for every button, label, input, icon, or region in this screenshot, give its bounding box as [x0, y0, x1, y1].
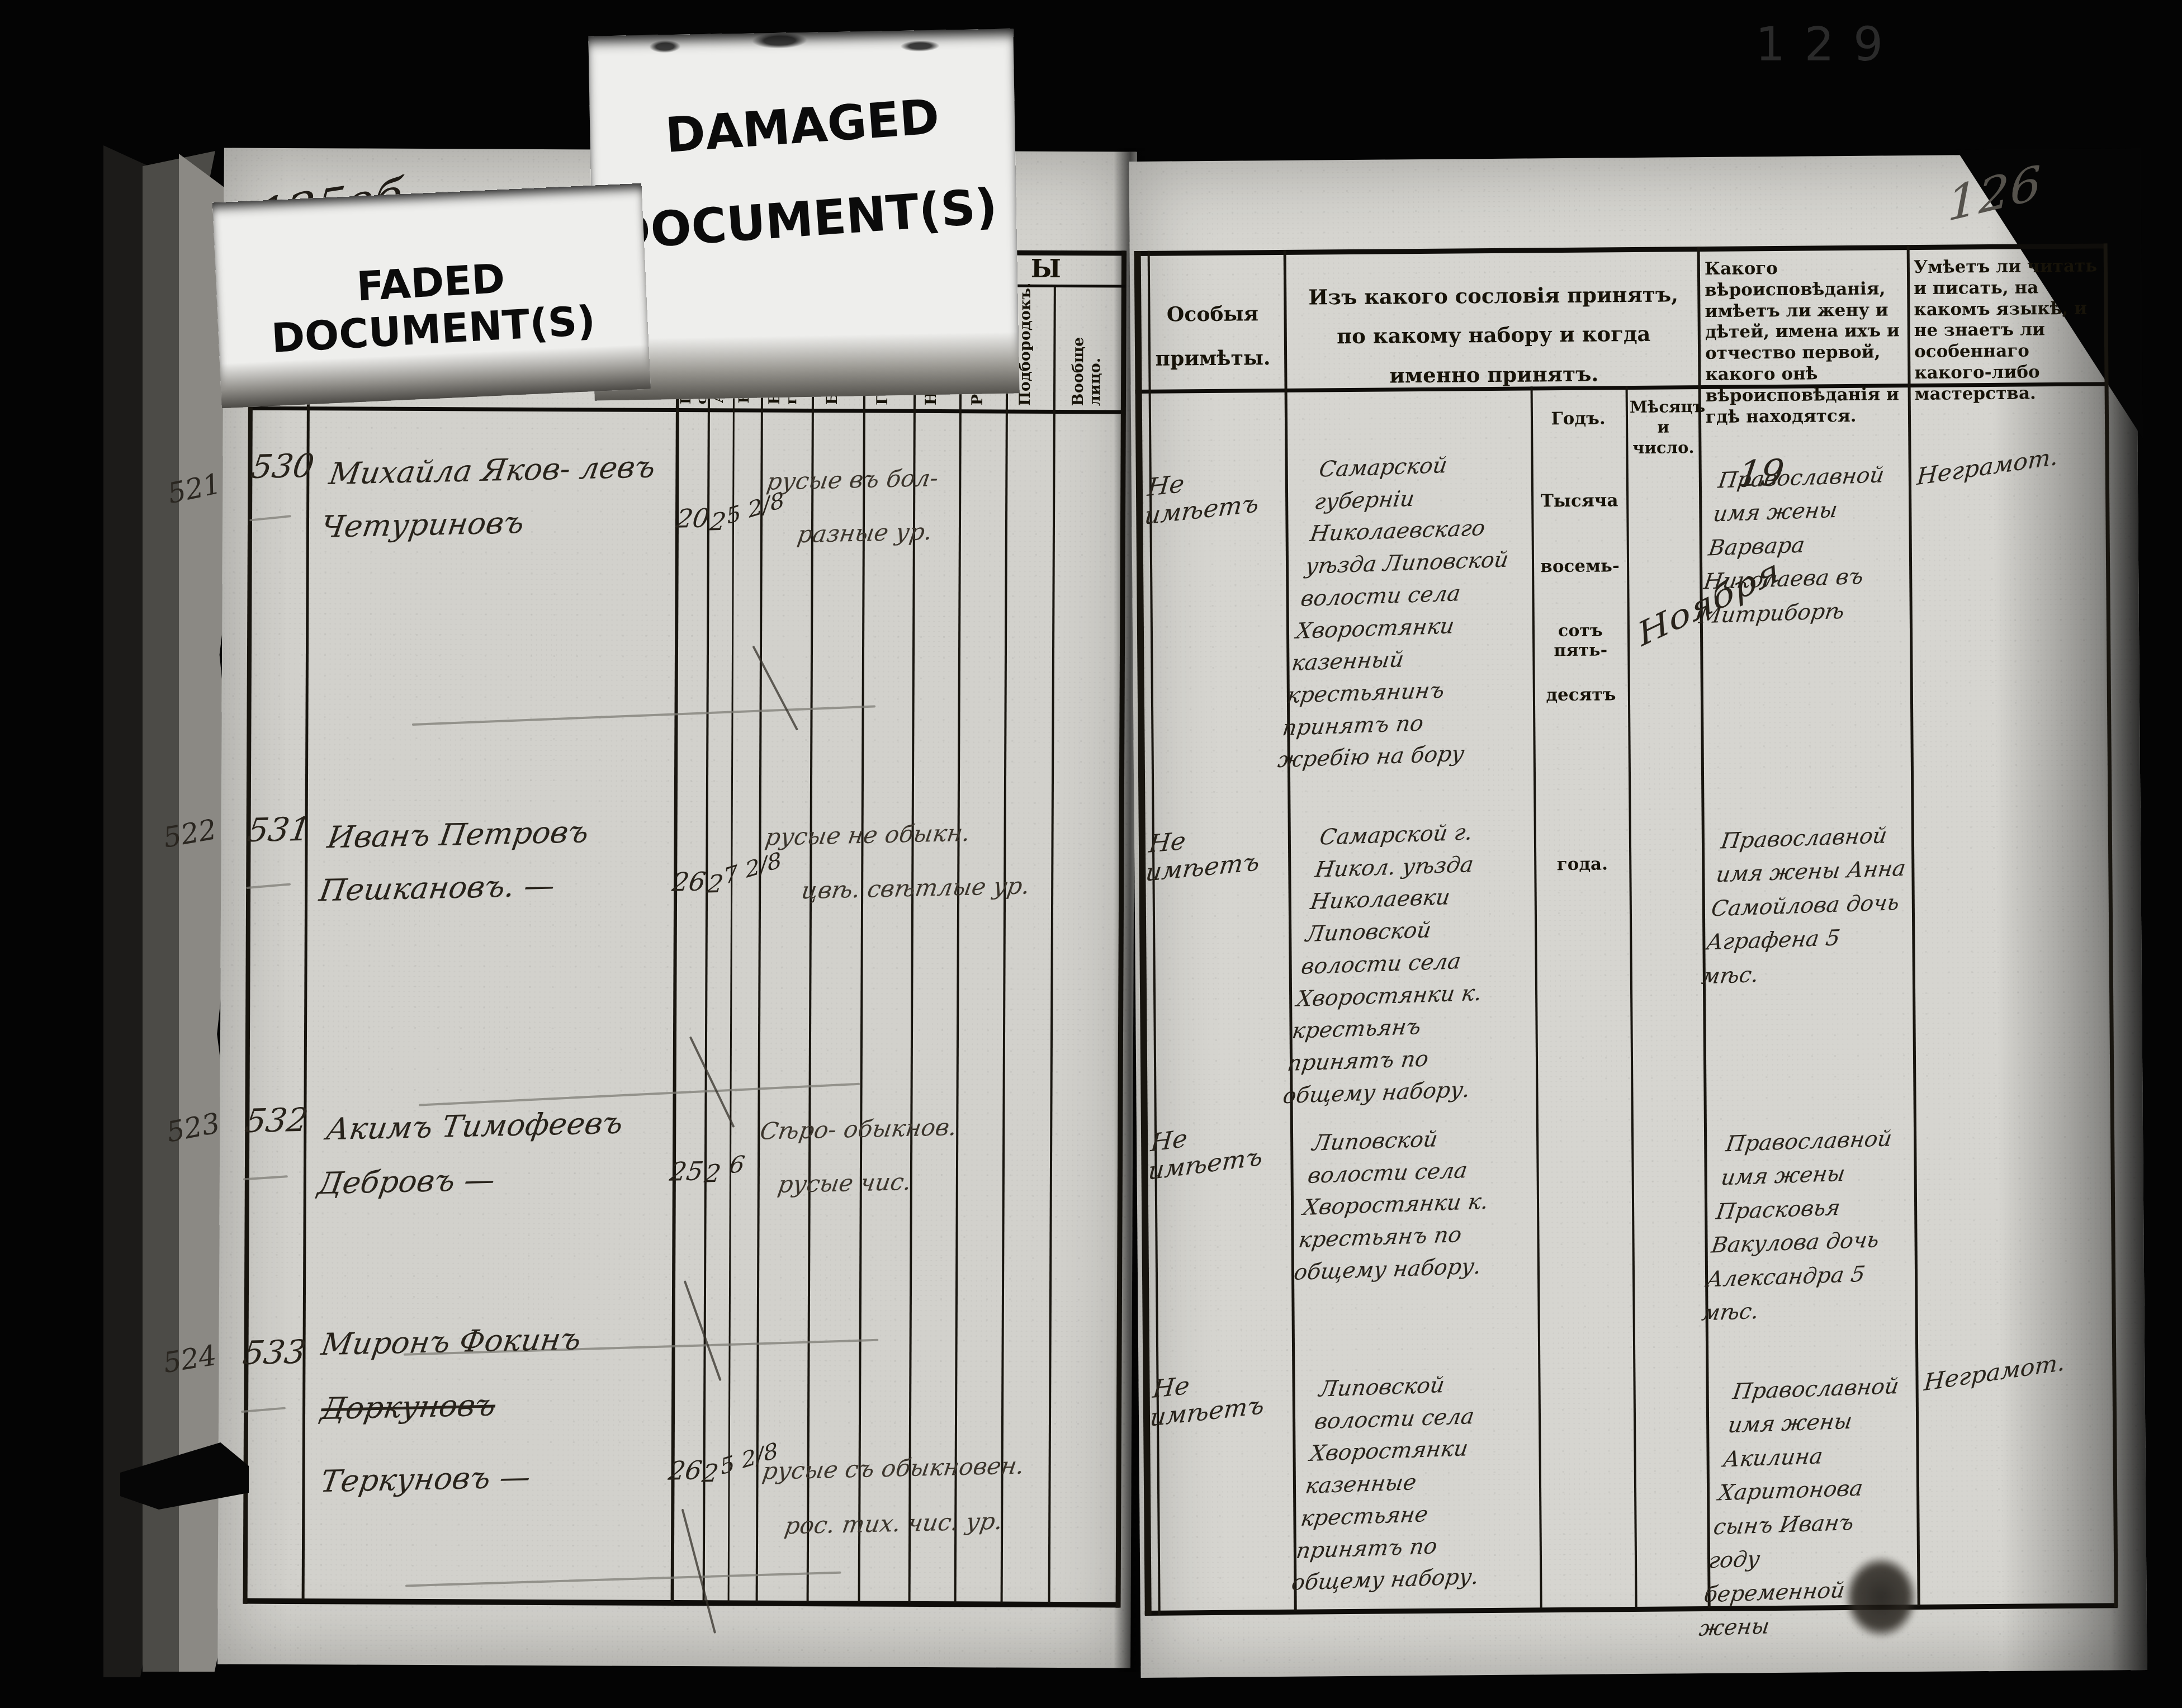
- scanned-book-photo: { "plates": { "faded": "FADED DOCUMENT(S…: [0, 0, 2182, 1708]
- pencil-stroke: [405, 1572, 841, 1587]
- special-marks-value: Не имѣетъ: [1144, 817, 1292, 887]
- special-marks-value: Не имѣетъ: [1147, 1111, 1294, 1186]
- recruit-name: Миронъ Фокинъ: [319, 1319, 666, 1362]
- features-line: русые съ обыкновен.: [760, 1450, 1113, 1484]
- table-line: [703, 286, 711, 1602]
- features-line: русые чис.: [776, 1164, 1095, 1198]
- age-value: 26: [666, 1455, 704, 1485]
- table-line: [1626, 386, 1637, 1607]
- age-value: 26: [670, 866, 708, 897]
- recruit-name: Иванъ Петровъ Пешкановъ. —: [315, 804, 674, 917]
- column-header-religion-family: Какого вѣроисповѣданія, имѣетъ ли жену и…: [1705, 257, 1901, 428]
- damaged-plate-text-line1: DAMAGED: [589, 84, 1016, 169]
- estate-entry: Липовской волости села Хворостянки к. кр…: [1292, 1120, 1540, 1289]
- features-line: русые не обыкн.: [763, 816, 1115, 850]
- estate-entry: Самарской губерніи Николаевскаго уѣзда Л…: [1276, 446, 1546, 777]
- column-header-special-marks: Особыя примѣты.: [1149, 292, 1276, 381]
- table-line: [1145, 1603, 2118, 1616]
- recruit-number: 530: [249, 447, 317, 486]
- plate-bottom-shadow-band: [594, 332, 1020, 400]
- features-line: цвѣ. свѣтлые ур.: [799, 870, 1118, 904]
- special-marks-value: Не имѣетъ: [1143, 458, 1291, 531]
- recruit-name: Акимъ Тимофеевъ Дебровъ —: [314, 1095, 674, 1210]
- column-header-face: Вообще лицо.: [1070, 290, 1110, 406]
- ink-smudge: [1836, 1548, 1927, 1671]
- table-line: [756, 286, 764, 1602]
- table-line: [248, 406, 1125, 414]
- pencil-cross-mark: [689, 1036, 735, 1128]
- table-line: [243, 247, 254, 1604]
- column-header-chin: Подбородокъ.: [1017, 290, 1043, 406]
- recruit-name: Михайла Яков- левъ Четуриновъ: [317, 441, 665, 553]
- table-line: [1134, 243, 2107, 256]
- pencil-cross-mark: [681, 1508, 716, 1633]
- recruit-number: 533: [240, 1333, 309, 1372]
- plate-top-ink-blotches: [588, 29, 1014, 75]
- religion-family-entry: Православной имя жены Прасковья Вакулова…: [1700, 1122, 1922, 1331]
- features-line: русые въ бол-: [765, 460, 1117, 495]
- right-page: 126 Особыя примѣты. Изъ какого сословія …: [1129, 154, 2147, 1678]
- column-header-month-day: Мѣсяцъ и число.: [1630, 396, 1697, 458]
- religion-family-entry: Православной имя жены Анна Самойлова доч…: [1700, 818, 1917, 994]
- recruit-number: 531: [245, 810, 313, 849]
- pencil-dash: [243, 1175, 288, 1180]
- recruit-name-corrected: Теркуновъ —: [318, 1456, 666, 1499]
- religion-family-entry: Православной имя жены Варвара Николаева …: [1697, 458, 1914, 633]
- arshin-value: 2: [708, 508, 728, 537]
- estate-entry: Самарской г. Никол. уѣзда Николаевки Лип…: [1281, 814, 1547, 1113]
- features-line: разные ур.: [796, 514, 1114, 548]
- pencil-dash: [246, 883, 291, 890]
- pencil-stroke: [412, 705, 876, 726]
- age-value: 20: [674, 503, 712, 534]
- arshin-value: 2: [705, 870, 725, 899]
- recruit-number: 532: [243, 1101, 311, 1140]
- table-line: [671, 249, 680, 1602]
- pencil-dash: [249, 515, 291, 521]
- age-value: 25: [668, 1156, 706, 1186]
- column-header-estate: Изъ какого сословія принятъ, по какому н…: [1300, 275, 1687, 395]
- column-header-literacy: Умѣетъ ли читать и писать, на какомъ язы…: [1914, 256, 2099, 405]
- damaged-plate-text-line2: DOCUMENT(S): [590, 177, 1018, 263]
- year-word: сотъ пять-: [1533, 621, 1629, 660]
- recruit-name-struck: Доркуновъ: [319, 1384, 666, 1426]
- special-marks-value: Не имѣетъ: [1149, 1360, 1296, 1432]
- year-word: восемь-: [1535, 556, 1625, 576]
- estate-entry: Липовской волости села Хворостянки казен…: [1289, 1366, 1546, 1600]
- table-line: [243, 1598, 1120, 1608]
- faded-document-plate: FADED DOCUMENT(S): [212, 183, 651, 408]
- year-word: Тысяча: [1534, 490, 1625, 511]
- pencil-cross-mark: [684, 1280, 722, 1381]
- year-word: года.: [1537, 854, 1627, 874]
- year-word: десятъ: [1536, 684, 1626, 705]
- column-header-year: Годъ.: [1533, 408, 1624, 429]
- damaged-document-plate: DAMAGED DOCUMENT(S): [588, 29, 1019, 400]
- features-line: Сѣро- обыкнов.: [758, 1110, 1110, 1144]
- ghost-folio-mark: 129: [1755, 17, 1902, 72]
- features-line: рос. тих. чис. ур.: [783, 1505, 1113, 1540]
